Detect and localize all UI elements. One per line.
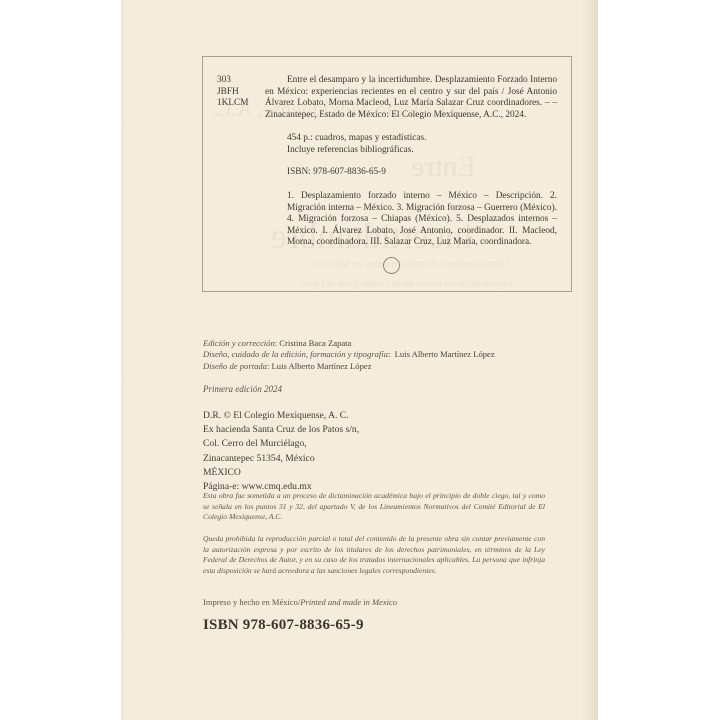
catalog-entry: Entre el desamparo y la incertidumbre. D… [265, 75, 557, 121]
credit-role: Diseño de portada [203, 361, 267, 371]
credit-role: Edición y corrección [203, 338, 275, 348]
credit-role: Diseño, cuidado de la edición, formación… [203, 349, 388, 359]
credit-name: Cristina Baca Zapata [279, 338, 351, 348]
call-number-line: JBFH [217, 87, 267, 99]
page-count: 454 p.: cuadros, mapas y estadísticas. [287, 133, 557, 145]
physical-description: 454 p.: cuadros, mapas y estadísticas. I… [287, 133, 557, 156]
credit-name: Luis Alberto Martínez López [272, 361, 372, 371]
credit-line: Edición y corrección: Cristina Baca Zapa… [203, 338, 583, 349]
call-number-line: 303 [217, 75, 267, 87]
address-line: Ex hacienda Santa Cruz de los Patos s/n, [203, 423, 359, 437]
isbn-footer: ISBN 978-607-8836-65-9 [203, 617, 364, 634]
peer-review-note: Esta obra fue sometida a un proceso de d… [203, 491, 545, 523]
references-note: Incluye referencias bibliográficas. [287, 145, 557, 157]
catalog-record-box: 303 JBFH 1KLCM Entre el desamparo y la i… [202, 56, 572, 292]
address-line: D.R. © El Colegio Mexiquense, A. C. [203, 409, 359, 423]
address-line: Zinacantepec 51354, México [203, 452, 359, 466]
call-number: 303 JBFH 1KLCM [217, 75, 267, 110]
address-line: MÉXICO [203, 466, 359, 480]
call-number-line: 1KLCM [217, 98, 267, 110]
credit-line: Diseño de portada: Luis Alberto Martínez… [203, 361, 583, 372]
printed-english: Printed and made in Mexico [300, 597, 397, 607]
subject-headings: 1. Desplazamiento forzado interno – Méxi… [287, 191, 557, 249]
credit-name: Luis Alberto Martínez López [395, 349, 495, 359]
printed-in: Impreso y hecho en México/Printed and ma… [203, 597, 397, 607]
credit-line: Diseño, cuidado de la edición, formación… [203, 349, 583, 360]
rights-note: Queda prohibida la reproducción parcial … [203, 534, 545, 576]
catalog-isbn: ISBN: 978-607-8836-65-9 [287, 167, 557, 179]
credits-list: Edición y corrección: Cristina Baca Zapa… [203, 338, 583, 372]
printed-spanish: Impreso y hecho en México/ [203, 597, 300, 607]
address-line: Col. Cerro del Murciélago, [203, 437, 359, 451]
copyright-page: El Colegio Mexiquense, A.C. Entre incert… [121, 0, 598, 720]
punch-hole-circle [383, 257, 400, 274]
publisher-address: D.R. © El Colegio Mexiquense, A. C. Ex h… [203, 409, 359, 494]
first-edition: Primera edición 2024 [203, 384, 282, 394]
